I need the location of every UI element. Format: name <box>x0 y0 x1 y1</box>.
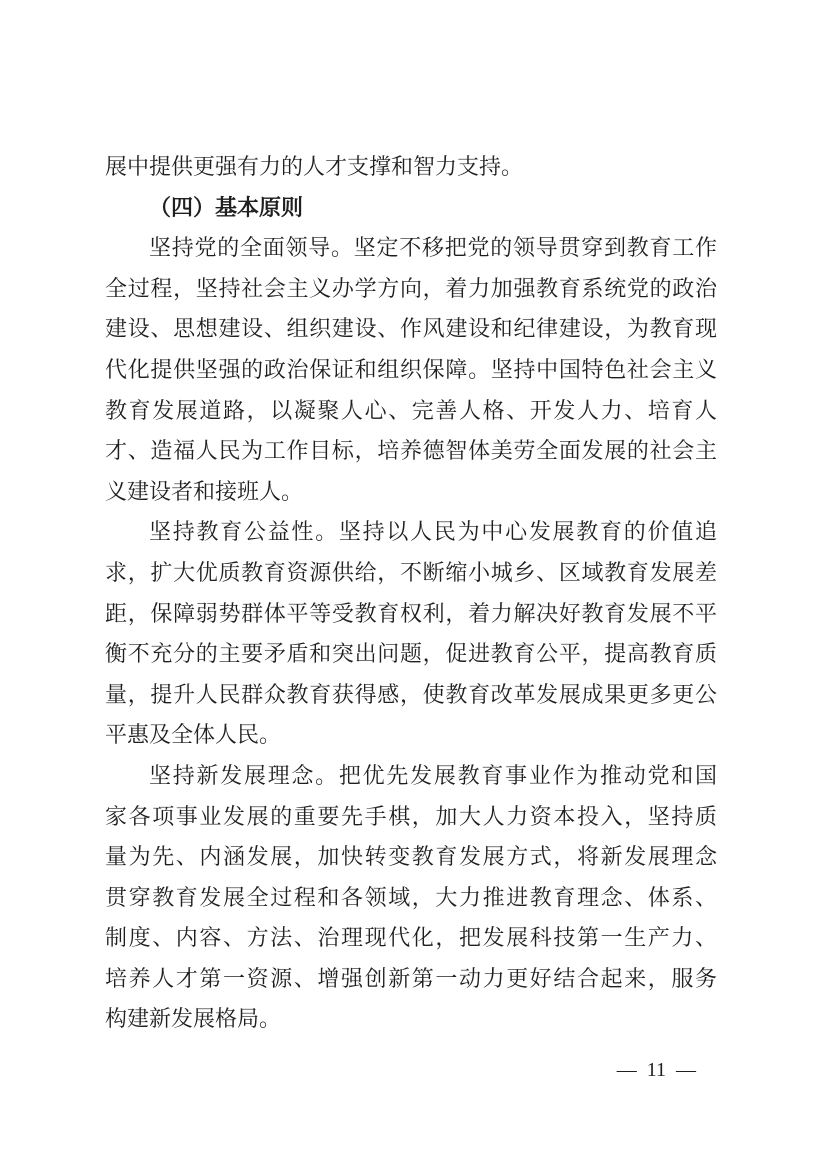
text-line: 衡不充分的主要矛盾和突出问题，促进教育公平，提高教育质 <box>105 634 717 675</box>
text-line: 建设、思想建设、组织建设、作风建设和纪律建设，为教育现 <box>105 309 717 350</box>
text-line: 展中提供更强有力的人才支撑和智力支持。 <box>105 147 717 188</box>
text-line: 求，扩大优质教育资源供给，不断缩小城乡、区域教育发展差 <box>105 553 717 594</box>
text-line: 全过程，坚持社会主义办学方向，着力加强教育系统党的政治 <box>105 269 717 310</box>
text-line: 贯穿教育发展全过程和各领域，大力推进教育理念、体系、 <box>105 878 717 919</box>
page-number-dash-right: — <box>676 1059 696 1081</box>
text-line: 构建新发展格局。 <box>105 999 717 1040</box>
text-line: 代化提供坚强的政治保证和组织保障。坚持中国特色社会主义 <box>105 350 717 391</box>
text-line: 坚持新发展理念。把优先发展教育事业作为推动党和国 <box>105 756 717 797</box>
section-heading: （四）基本原则 <box>105 188 717 229</box>
text-line: 距，保障弱势群体平等受教育权利，着力解决好教育发展不平 <box>105 594 717 635</box>
page-number-dash-left: — <box>617 1059 637 1081</box>
text-line: 才、造福人民为工作目标，培养德智体美劳全面发展的社会主 <box>105 431 717 472</box>
text-line: 平惠及全体人民。 <box>105 715 717 756</box>
page-number-value: 11 <box>647 1059 666 1081</box>
text-line: 培养人才第一资源、增强创新第一动力更好结合起来，服务 <box>105 959 717 1000</box>
text-line: 量，提升人民群众教育获得感，使教育改革发展成果更多更公 <box>105 675 717 716</box>
text-line: 制度、内容、方法、治理现代化，把发展科技第一生产力、 <box>105 918 717 959</box>
text-line: 家各项事业发展的重要先手棋，加大人力资本投入，坚持质 <box>105 797 717 838</box>
text-line: 量为先、内涵发展，加快转变教育发展方式，将新发展理念 <box>105 837 717 878</box>
page-number: —11— <box>617 1059 696 1081</box>
document-page: 展中提供更强有力的人才支撑和智力支持。（四）基本原则坚持党的全面领导。坚定不移把… <box>0 0 826 1169</box>
text-line: 教育发展道路，以凝聚人心、完善人格、开发人力、培育人 <box>105 391 717 432</box>
text-line: 坚持教育公益性。坚持以人民为中心发展教育的价值追 <box>105 512 717 553</box>
text-line: 坚持党的全面领导。坚定不移把党的领导贯穿到教育工作 <box>105 228 717 269</box>
text-line: 义建设者和接班人。 <box>105 472 717 513</box>
document-body: 展中提供更强有力的人才支撑和智力支持。（四）基本原则坚持党的全面领导。坚定不移把… <box>105 147 717 1040</box>
